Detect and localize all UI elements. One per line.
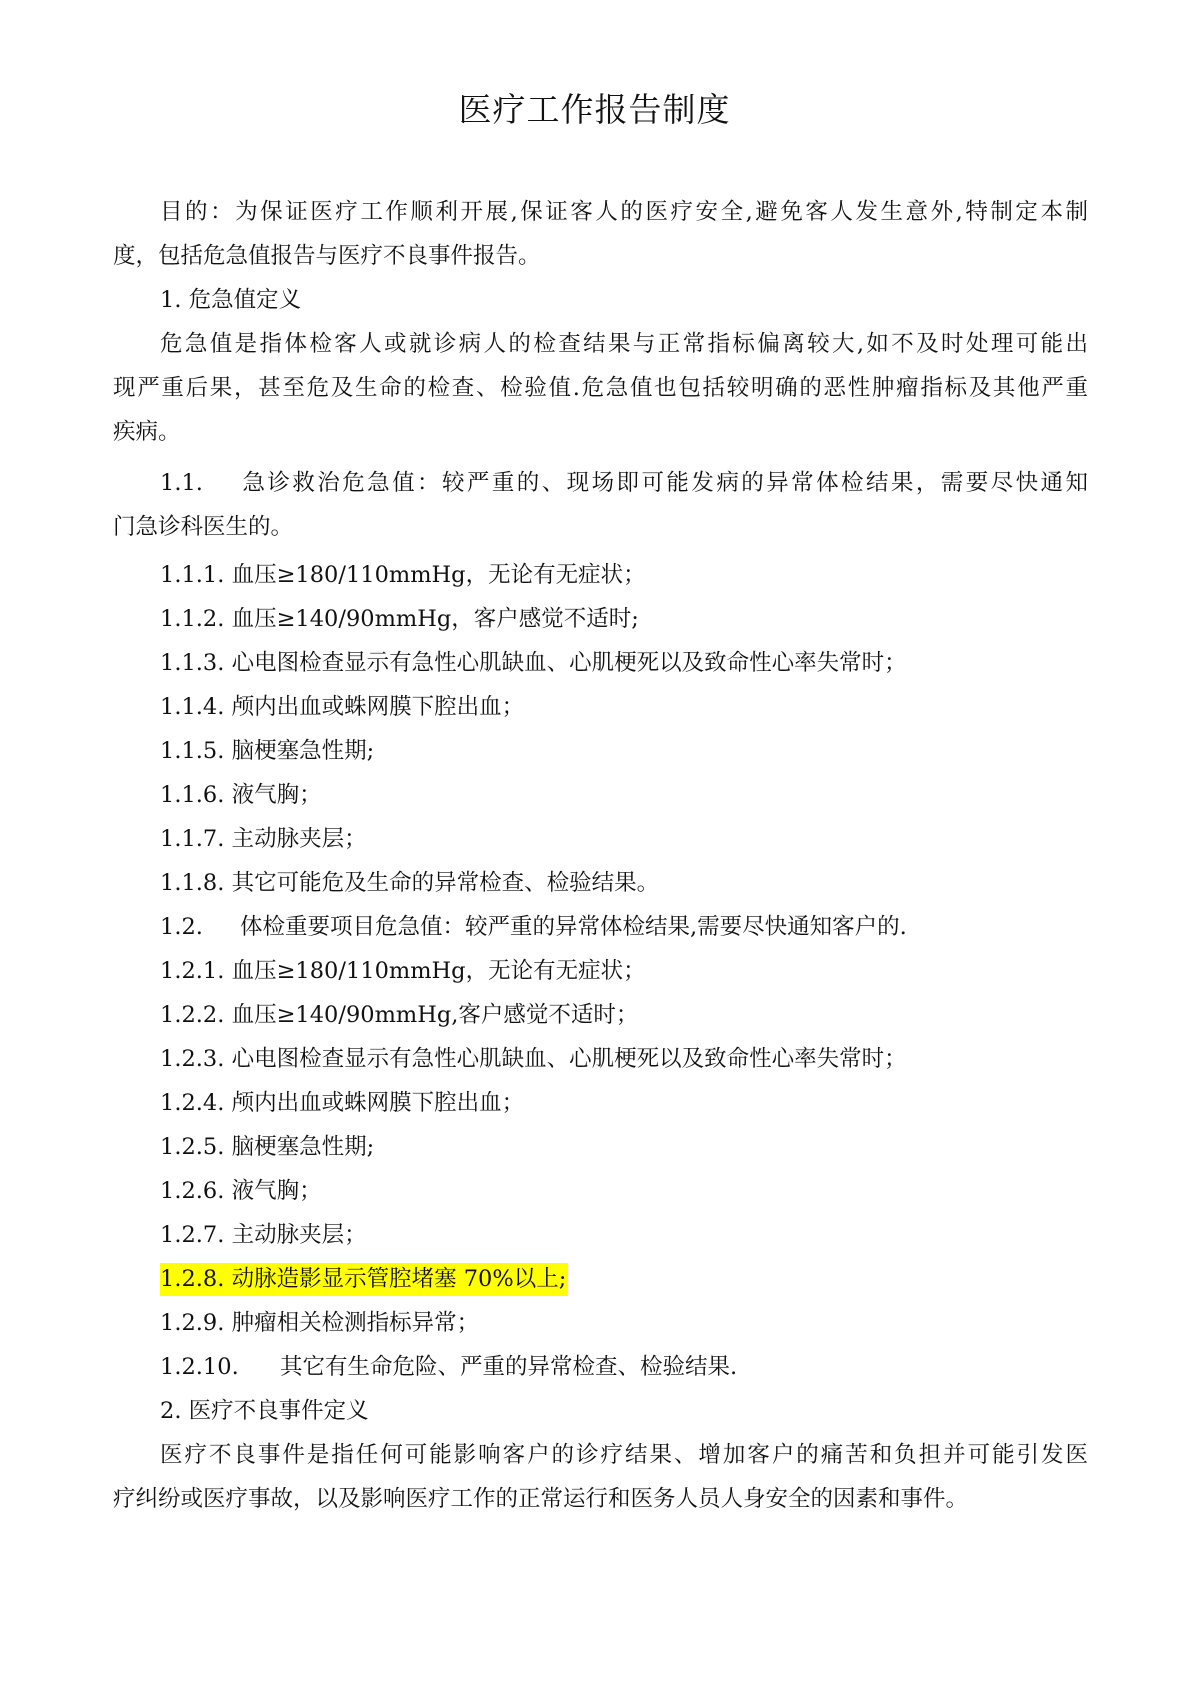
list-item: 1.1.6. 液气胸； [160,780,322,810]
item-number: 1.1.3. [160,650,224,676]
item-text: 颅内出血或蛛网膜下腔出血； [232,694,525,720]
item-number: 1.1.7. [160,826,224,852]
section-1-1-line-1: 1.1.急诊救治危急值：较严重的、现场即可能发病的异常体检结果，需要尽快通知 [160,468,1088,498]
list-item: 1.2.1. 血压≥180/110mmHg，无论有无症状； [160,956,646,986]
list-item: 1.1.4. 颅内出血或蛛网膜下腔出血； [160,692,524,722]
item-text: 血压≥140/90mmHg，客户感觉不适时; [232,606,639,632]
item-text: 脑梗塞急性期; [232,738,375,764]
item-number: 1.2.8. [160,1266,224,1292]
item-text: 血压≥140/90mmHg,客户感觉不适时； [232,1002,639,1028]
list-item: 1.2.2. 血压≥140/90mmHg,客户感觉不适时； [160,1000,638,1030]
item-text: 血压≥180/110mmHg，无论有无症状； [232,562,646,588]
item-number: 1.2.1. [160,958,224,984]
purpose-paragraph-line-1: 目的：为保证医疗工作顺利开展,保证客人的医疗安全,避免客人发生意外,特制定本制 [160,197,1088,227]
item-text: 其它有生命危险、严重的异常检查、检验结果. [280,1354,737,1380]
list-item: 1.2.4. 颅内出血或蛛网膜下腔出血； [160,1088,524,1118]
item-text: 液气胸； [232,782,322,808]
section-1-heading: 1. 危急值定义 [160,285,301,315]
item-text: 其它可能危及生命的异常检查、检验结果。 [232,870,660,896]
section-1-2-line: 1.2.体检重要项目危急值：较严重的异常体检结果,需要尽快通知客户的. [160,912,907,942]
item-number: 1.1.5. [160,738,224,764]
item-text: 颅内出血或蛛网膜下腔出血； [232,1090,525,1116]
item-number: 1.2.5. [160,1134,224,1160]
item-number: 1.2.2. [160,1002,224,1028]
adverse-event-definition-line-1: 医疗不良事件是指任何可能影响客户的诊疗结果、增加客户的痛苦和负担并可能引发医 [160,1440,1088,1470]
list-item: 1.1.7. 主动脉夹层； [160,824,367,854]
document-title: 医疗工作报告制度 [0,88,1189,132]
list-item: 1.2.6. 液气胸； [160,1176,322,1206]
item-number: 1.1.1. [160,562,224,588]
section-2-heading: 2. 医疗不良事件定义 [160,1396,369,1426]
item-text: 动脉造影显示管腔堵塞 70%以上; [232,1266,567,1292]
list-item: 1.1.2. 血压≥140/90mmHg，客户感觉不适时; [160,604,639,634]
item-number: 1.2.4. [160,1090,224,1116]
item-number: 1.1.6. [160,782,224,808]
highlighted-text: 1.2.8. 动脉造影显示管腔堵塞 70%以上; [160,1263,568,1296]
section-text: 体检重要项目危急值：较严重的异常体检结果,需要尽快通知客户的. [240,914,907,940]
list-item: 1.1.8. 其它可能危及生命的异常检查、检验结果。 [160,868,659,898]
item-text: 脑梗塞急性期; [232,1134,375,1160]
purpose-paragraph-line-2: 度，包括危急值报告与医疗不良事件报告。 [113,241,1088,271]
section-number: 1.1. [160,468,240,498]
item-number: 1.1.2. [160,606,224,632]
list-item: 1.1.1. 血压≥180/110mmHg，无论有无症状； [160,560,646,590]
item-number: 1.2.7. [160,1222,224,1248]
item-number: 1.2.10. [160,1352,280,1382]
item-text: 心电图检查显示有急性心肌缺血、心肌梗死以及致命性心率失常时； [232,1046,907,1072]
critical-value-definition-line-1: 危急值是指体检客人或就诊病人的检查结果与正常指标偏离较大,如不及时处理可能出 [160,329,1088,359]
item-text: 主动脉夹层； [232,1222,367,1248]
item-text: 主动脉夹层； [232,826,367,852]
item-text: 血压≥180/110mmHg，无论有无症状； [232,958,646,984]
section-1-1-line-2: 门急诊科医生的。 [113,512,1088,542]
list-item: 1.2.10.其它有生命危险、严重的异常检查、检验结果. [160,1352,737,1382]
adverse-event-definition-line-2: 疗纠纷或医疗事故，以及影响医疗工作的正常运行和医务人员人身安全的因素和事件。 [113,1484,1088,1514]
list-item: 1.2.3. 心电图检查显示有急性心肌缺血、心肌梗死以及致命性心率失常时； [160,1044,907,1074]
list-item: 1.2.5. 脑梗塞急性期; [160,1132,374,1162]
critical-value-definition-line-3: 疾病。 [113,417,1088,447]
document-page: 医疗工作报告制度 目的：为保证医疗工作顺利开展,保证客人的医疗安全,避免客人发生… [0,0,1189,1682]
list-item: 1.2.9. 肿瘤相关检测指标异常； [160,1308,479,1338]
item-number: 1.1.8. [160,870,224,896]
list-item: 1.1.3. 心电图检查显示有急性心肌缺血、心肌梗死以及致命性心率失常时； [160,648,907,678]
item-number: 1.1.4. [160,694,224,720]
item-text: 肿瘤相关检测指标异常； [232,1310,480,1336]
list-item-highlighted: 1.2.8. 动脉造影显示管腔堵塞 70%以上; [160,1264,568,1294]
section-text: 急诊救治危急值：较严重的、现场即可能发病的异常体检结果，需要尽快通知 [240,470,1088,496]
item-text: 液气胸； [232,1178,322,1204]
list-item: 1.2.7. 主动脉夹层； [160,1220,367,1250]
item-number: 1.2.6. [160,1178,224,1204]
section-number: 1.2. [160,912,240,942]
item-number: 1.2.3. [160,1046,224,1072]
critical-value-definition-line-2: 现严重后果，甚至危及生命的检查、检验值.危急值也包括较明确的恶性肿瘤指标及其他严… [113,373,1088,403]
list-item: 1.1.5. 脑梗塞急性期; [160,736,374,766]
item-number: 1.2.9. [160,1310,224,1336]
item-text: 心电图检查显示有急性心肌缺血、心肌梗死以及致命性心率失常时； [232,650,907,676]
